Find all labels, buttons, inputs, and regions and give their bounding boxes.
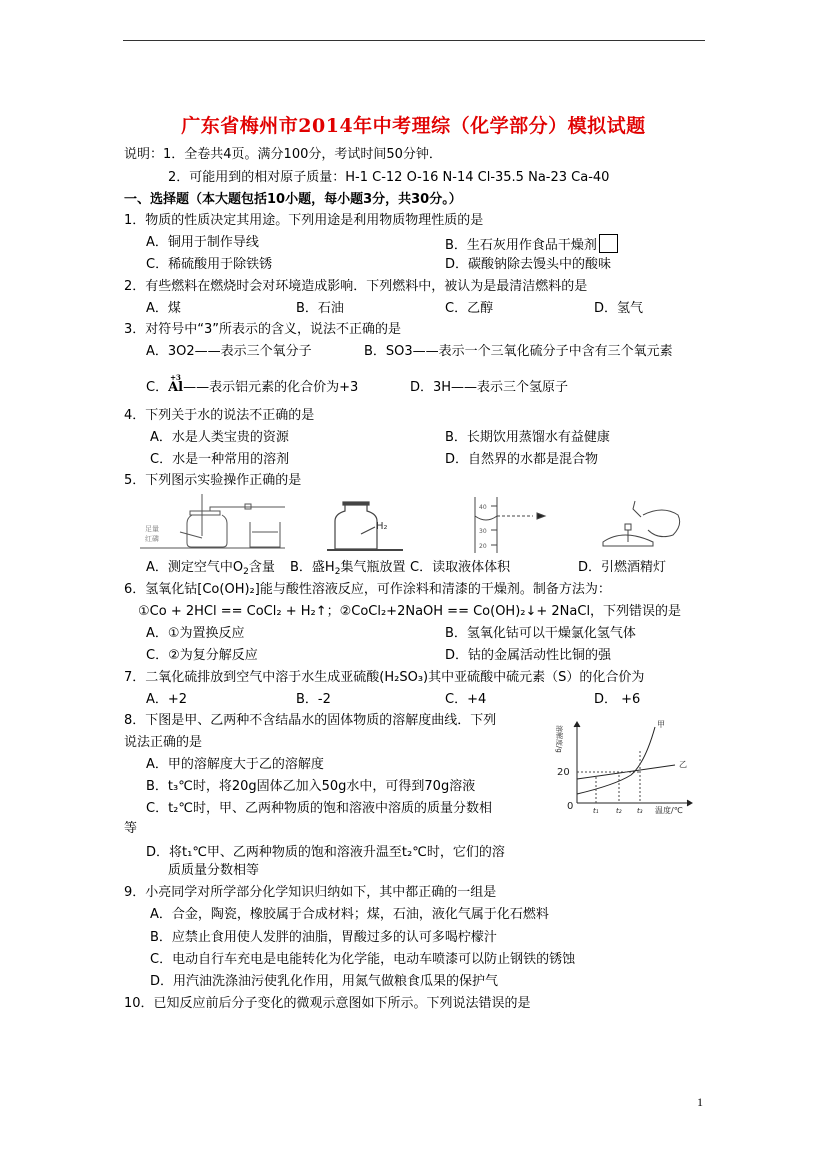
q2-option-b: B．石油 [296, 300, 344, 318]
q6-option-c: C．②为复分解反应 [146, 647, 258, 665]
question-stem: 氢氧化钴[Co(OH)₂]能与酸性溶液反应，可作涂料和清漆的干燥剂。制备方法为： [145, 582, 611, 597]
question-number: 9． [124, 885, 145, 900]
q1-option-d: D．碳酸钠除去馒头中的酸味 [445, 256, 611, 274]
q4-option-d: D．自然界的水都是混合物 [445, 451, 598, 469]
question-1: 1．物质的性质决定其用途。下列用途是利用物质物理性质的是 [124, 212, 483, 230]
solubility-curve-chart: 20 0 t₁ t₂ t₃ 温度/℃ 溶解度/g 甲 乙 [545, 715, 720, 817]
question-number: 5． [124, 473, 145, 488]
instructions-line-2: 2．可能用到的相对原子质量：H-1 C-12 O-16 N-14 Cl-35.5… [168, 169, 609, 187]
x-tick-t2: t₂ [616, 807, 622, 815]
q2-option-a: A．煤 [146, 300, 181, 318]
x-tick-t1: t₁ [593, 807, 599, 815]
q6-equation: ①Co + 2HCl == CoCl₂ + H₂↑；②CoCl₂+2NaOH =… [138, 603, 681, 621]
question-stem: 下列关于水的说法不正确的是 [145, 408, 314, 423]
question-stem: 有些燃料在燃烧时会对环境造成影响．下列燃料中，被认为是最清洁燃料的是 [145, 279, 587, 294]
y-tick-0: 0 [567, 801, 573, 812]
header-rule [123, 40, 705, 41]
page-number: 1 [697, 1095, 703, 1110]
q7-option-c: C．+4 [445, 691, 486, 709]
x-tick-t3: t₃ [637, 807, 643, 815]
question-7: 7．二氧化硫排放到空气中溶于水生成亚硫酸(H₂SO₃)其中亚硫酸中硫元素（S）的… [124, 669, 644, 687]
q9-option-c: C．电动自行车充电是电能转化为化学能，电动车喷漆可以防止钢铁的锈蚀 [150, 951, 575, 969]
question-number: 8． [124, 713, 145, 728]
alcohol-lamp-figure [593, 497, 693, 553]
q6-option-d: D．钴的金属活动性比铜的强 [445, 647, 611, 665]
q1-option-c: C．稀硫酸用于除铁锈 [146, 256, 272, 274]
y-axis-label: 溶解度/g [555, 725, 564, 753]
tick-40: 40 [479, 504, 487, 511]
q4-option-a: A．水是人类宝贵的资源 [150, 429, 289, 447]
figure-label-phosphorus-1: 足量 [145, 524, 159, 533]
q3-option-c: C．+3Al——表示铝元素的化合价为+3 [146, 379, 358, 397]
q4-option-c: C．水是一种常用的溶剂 [150, 451, 289, 469]
q1-option-a: A．铜用于制作导线 [146, 234, 259, 252]
q5-option-b-text: B．盛H [290, 560, 335, 575]
question-number: 4． [124, 408, 145, 423]
gas-jar-figure: H₂ [325, 500, 405, 555]
page-title: 广东省梅州市2014年中考理综（化学部分）模拟试题 [0, 111, 827, 138]
question-number: 6． [124, 582, 145, 597]
question-10: 10．已知反应前后分子变化的微观示意图如下所示。下列说法错误的是 [124, 995, 531, 1013]
question-6: 6．氢氧化钴[Co(OH)₂]能与酸性溶液反应，可作涂料和清漆的干燥剂。制备方法… [124, 581, 611, 599]
question-3: 3．对符号中“3”所表示的含义，说法不正确的是 [124, 321, 401, 339]
q5-option-a-text: A．测定空气中O [146, 560, 243, 575]
question-number: 2． [124, 279, 145, 294]
tick-30: 30 [479, 528, 487, 535]
q1-option-b-text: B．生石灰用作食品干燥剂 [445, 238, 597, 253]
question-4: 4．下列关于水的说法不正确的是 [124, 407, 314, 425]
q5-option-c: C．读取液体体积 [410, 559, 510, 577]
apparatus-oxygen-content-figure: 足量 红磷 [140, 494, 285, 552]
q8-option-a: A．甲的溶解度大于乙的溶解度 [146, 756, 324, 774]
q9-option-a: A．合金，陶瓷，橡胶属于合成材料；煤，石油，液化气属于化石燃料 [150, 906, 549, 924]
question-stem: 物质的性质决定其用途。下列用途是利用物质物理性质的是 [145, 213, 483, 228]
q5-option-b: B．盛H2集气瓶放置 [290, 559, 405, 581]
legend-yi: 乙 [679, 760, 687, 769]
q3-option-c-label: C． [146, 380, 168, 395]
q8-option-d-cont: 质质量分数相等 [168, 862, 259, 880]
q3-option-b: B．SO3——表示一个三氧化硫分子中含有三个氧元素 [364, 343, 673, 361]
question-9: 9．小亮同学对所学部分化学知识归纳如下，其中都正确的一组是 [124, 884, 496, 902]
q4-option-b: B．长期饮用蒸馏水有益健康 [445, 429, 610, 447]
q7-option-a: A．+2 [146, 691, 187, 709]
valence-superscript: +3 [170, 369, 181, 387]
question-8: 8．下图是甲、乙两种不含结晶水的固体物质的溶解度曲线．下列 [124, 712, 496, 730]
question-5: 5．下列图示实验操作正确的是 [124, 472, 301, 490]
q2-option-d: D．氢气 [594, 300, 643, 318]
aluminum-symbol: +3Al [168, 380, 183, 395]
q5-option-d: D．引燃酒精灯 [578, 559, 666, 577]
section-heading: 一、选择题（本大题包括10小题，每小题3分，共30分。） [124, 191, 462, 209]
q9-option-d: D．用汽油洗涤油污使乳化作用，用氮气做粮食瓜果的保护气 [150, 973, 498, 991]
q5-option-b-suffix: 集气瓶放置 [340, 560, 405, 575]
question-stem: 下图是甲、乙两种不含结晶水的固体物质的溶解度曲线．下列 [145, 713, 496, 728]
legend-jia: 甲 [657, 720, 665, 729]
x-axis-label: 温度/℃ [655, 805, 683, 815]
question-stem: 对符号中“3”所表示的含义，说法不正确的是 [145, 322, 401, 337]
instructions-line-1: 说明：1．全卷共4页。满分100分，考试时间50分钟． [124, 146, 442, 164]
question-number: 1． [124, 213, 145, 228]
y-tick-20: 20 [557, 767, 570, 778]
question-stem: 小亮同学对所学部分化学知识归纳如下，其中都正确的一组是 [145, 885, 496, 900]
h2-label: H₂ [376, 521, 388, 532]
q2-option-c: C．乙醇 [445, 300, 493, 318]
q3-option-c-text: ——表示铝元素的化合价为+3 [183, 380, 358, 395]
question-number: 7． [124, 670, 145, 685]
q7-option-b: B．-2 [296, 691, 331, 709]
q8-option-c: C．t₂℃时，甲、乙两种物质的饱和溶液中溶质的质量分数相 [146, 800, 492, 818]
q5-option-a-suffix: 含量 [249, 560, 275, 575]
q5-option-a: A．测定空气中O2含量 [146, 559, 275, 581]
q6-option-a: A．①为置换反应 [146, 625, 245, 643]
q3-option-a: A．3O2——表示三个氧分子 [146, 343, 312, 361]
question-stem: 下列图示实验操作正确的是 [145, 473, 301, 488]
question-stem: 二氧化硫排放到空气中溶于水生成亚硫酸(H₂SO₃)其中亚硫酸中硫元素（S）的化合… [145, 670, 644, 685]
q8-option-d: D．将t₁℃甲、乙两种物质的饱和溶液升温至t₂℃时，它们的溶 [146, 844, 505, 862]
tick-20: 20 [479, 543, 487, 550]
q8-option-b: B．t₃℃时，将20g固体乙加入50g水中，可得到70g溶液 [146, 778, 475, 796]
blank-box-icon [599, 234, 618, 253]
question-number: 10． [124, 996, 154, 1011]
q9-option-b: B．应禁止食用使人发胖的油脂，胃酸过多的认可多喝柠檬汁 [150, 929, 497, 947]
question-number: 3． [124, 322, 145, 337]
question-2: 2．有些燃料在燃烧时会对环境造成影响．下列燃料中，被认为是最清洁燃料的是 [124, 278, 587, 296]
graduated-cylinder-figure: 40 30 20 [465, 497, 555, 553]
q1-option-b: B．生石灰用作食品干燥剂 [445, 234, 618, 255]
q8-option-c-cont: 等 [124, 820, 137, 838]
question-8-stem-cont: 说法正确的是 [124, 734, 202, 752]
figure-label-phosphorus-2: 红磷 [145, 534, 159, 543]
question-stem: 已知反应前后分子变化的微观示意图如下所示。下列说法错误的是 [154, 996, 531, 1011]
q6-option-b: B．氢氧化钴可以干燥氯化氢气体 [445, 625, 636, 643]
q7-option-d: D． +6 [594, 691, 640, 709]
q3-option-d: D．3H——表示三个氢原子 [410, 379, 568, 397]
